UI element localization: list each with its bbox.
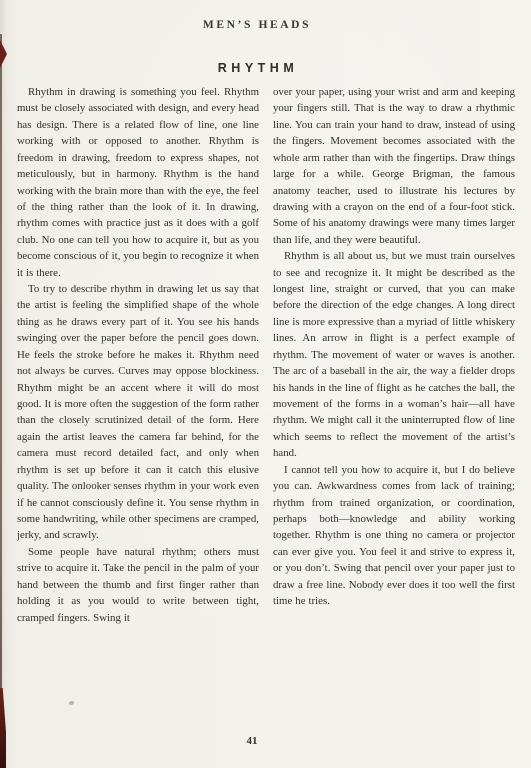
paragraph-right-1: over your paper, using your wrist and ar… bbox=[273, 84, 515, 248]
section-title: RHYTHM bbox=[8, 61, 508, 75]
scan-speckle bbox=[69, 701, 74, 705]
scan-artifact-top-left bbox=[0, 40, 7, 68]
left-column: Rhythm in drawing is something you feel.… bbox=[17, 84, 259, 626]
paragraph-left-1: Rhythm in drawing is something you feel.… bbox=[17, 84, 259, 281]
right-column: over your paper, using your wrist and ar… bbox=[273, 84, 515, 626]
text-columns: Rhythm in drawing is something you feel.… bbox=[17, 84, 515, 626]
running-header: MEN’S HEADS bbox=[8, 19, 506, 31]
paragraph-right-2: Rhythm is all about us, but we must trai… bbox=[273, 248, 515, 461]
book-page: MEN’S HEADS RHYTHM Rhythm in drawing is … bbox=[0, 0, 531, 768]
paragraph-left-3: Some people have natural rhythm; others … bbox=[17, 544, 259, 626]
paragraph-left-2: To try to describe rhythm in drawing let… bbox=[17, 281, 259, 544]
page-number: 41 bbox=[17, 735, 487, 747]
scan-artifact-bottom-left bbox=[0, 688, 6, 768]
scan-edge-line bbox=[0, 34, 2, 768]
paragraph-right-3: I cannot tell you how to acquire it, but… bbox=[273, 462, 515, 610]
